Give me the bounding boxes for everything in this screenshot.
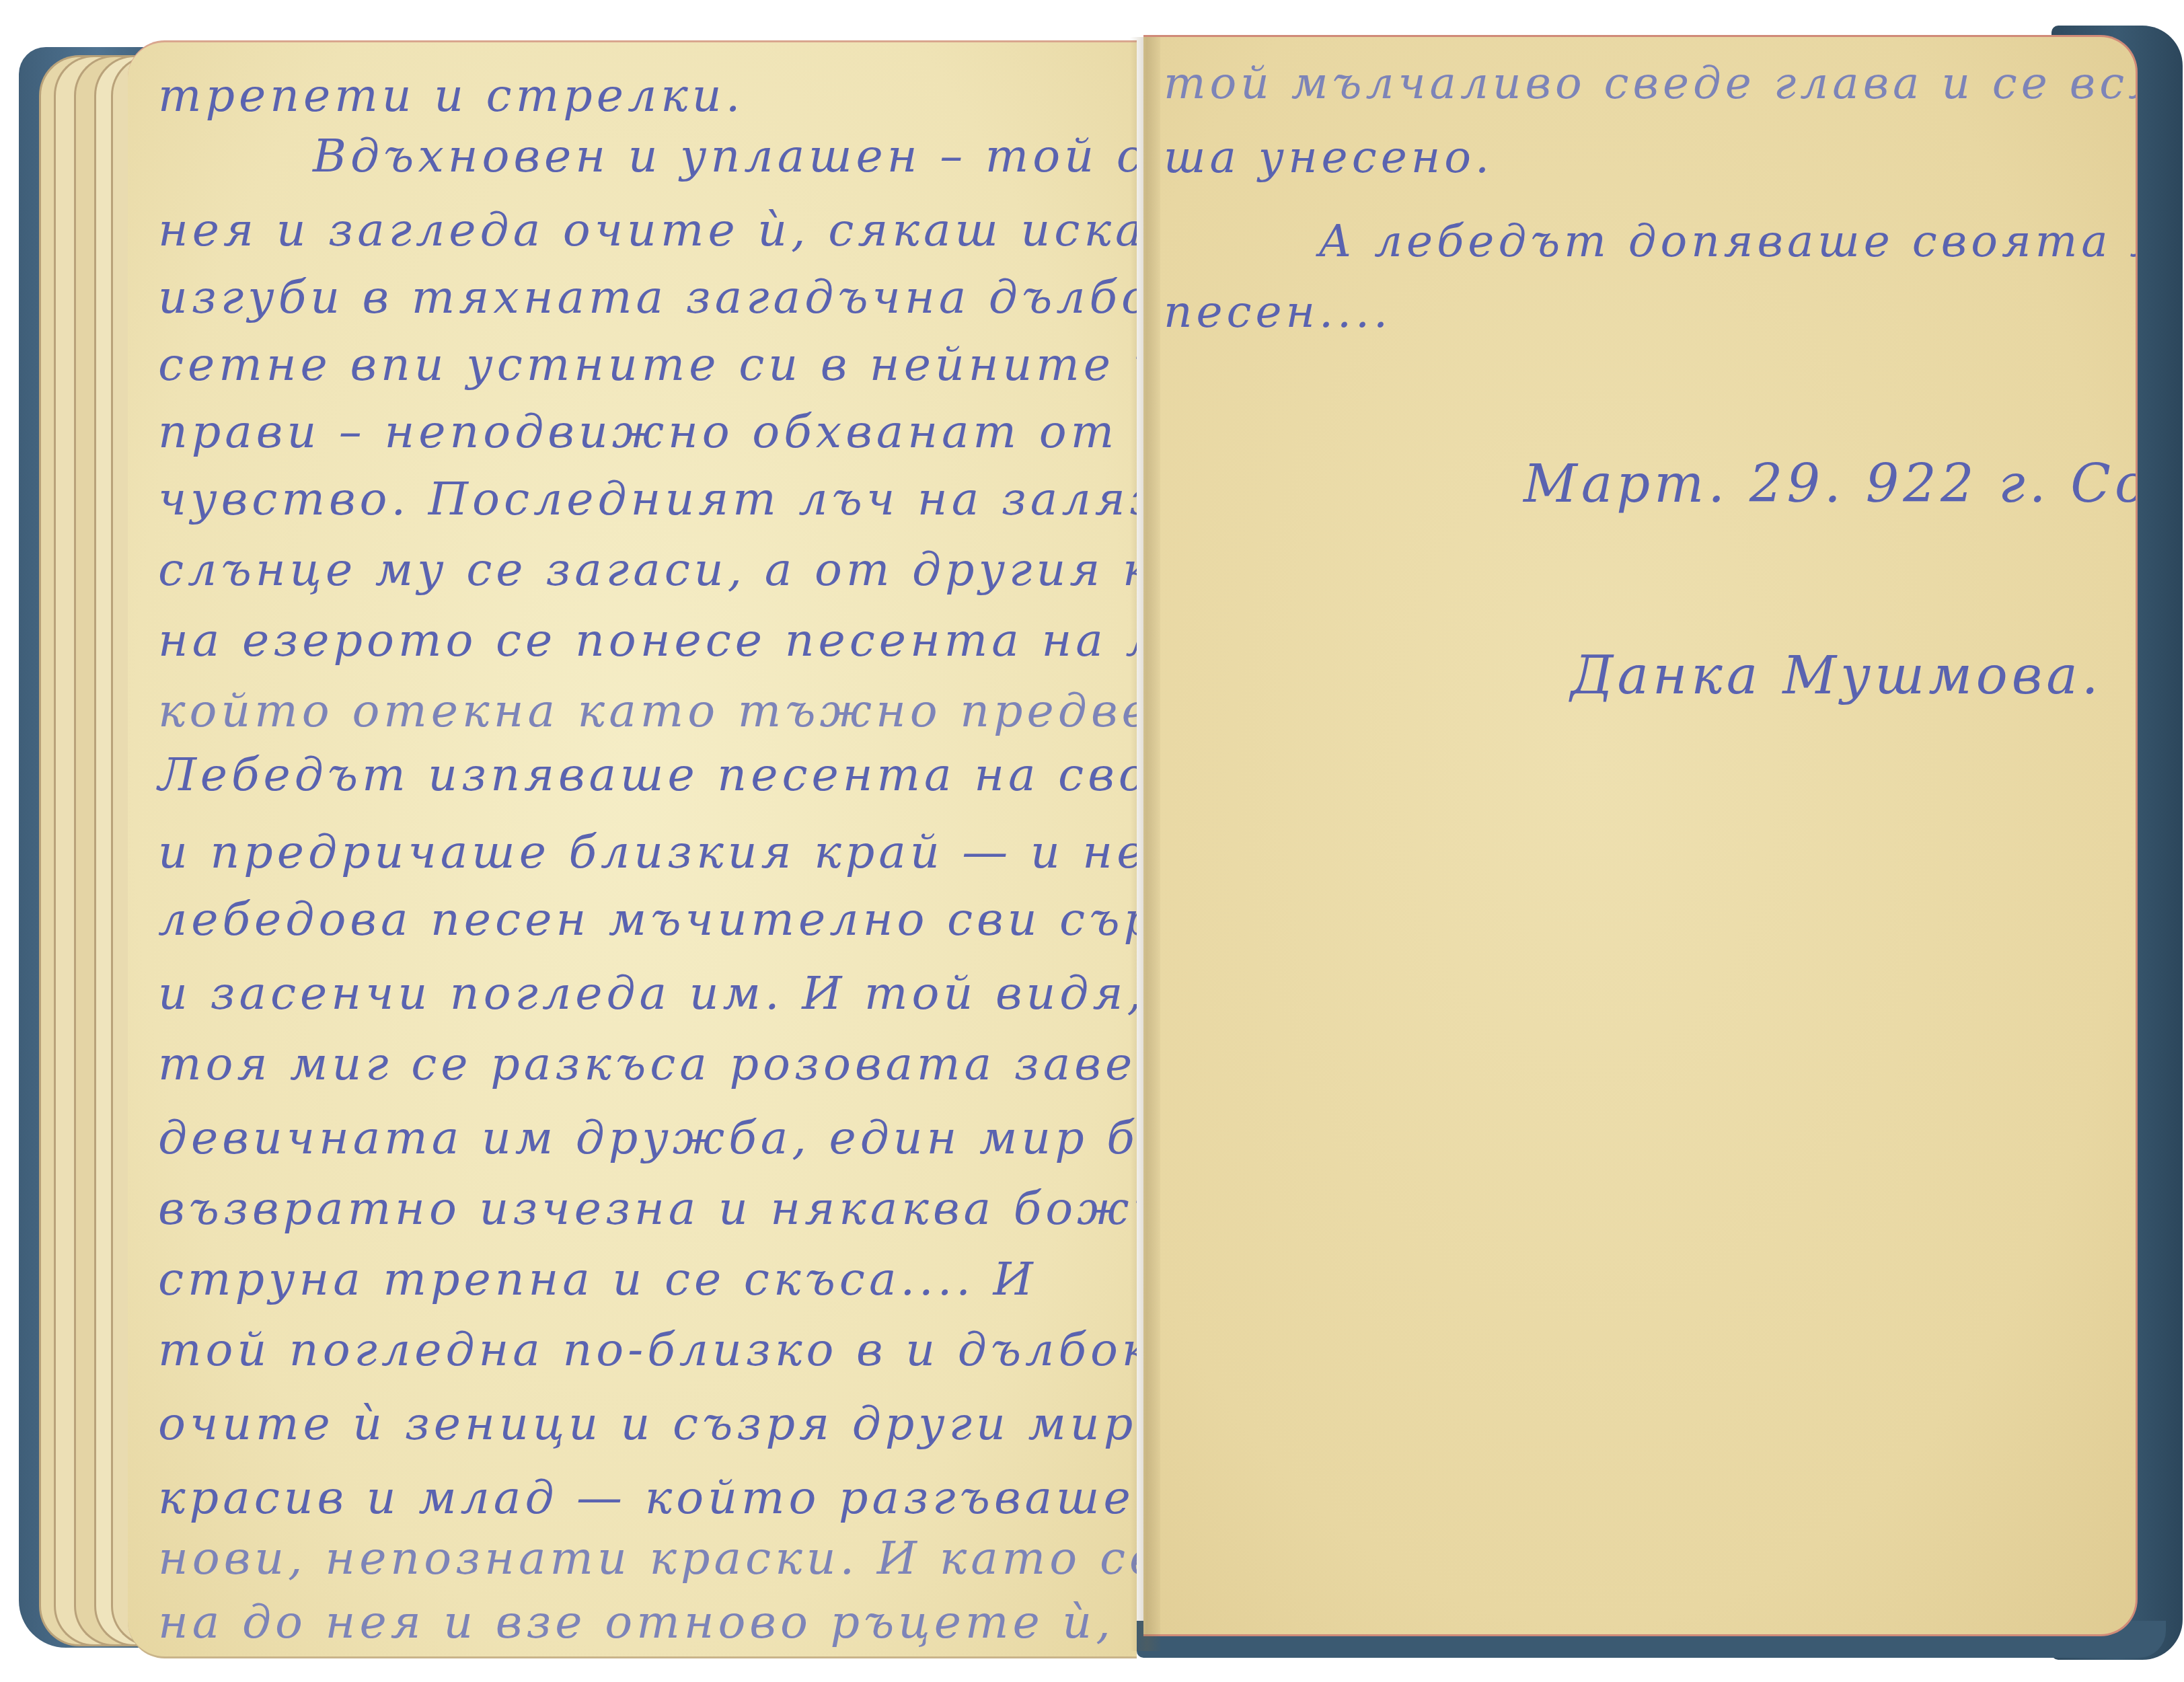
left-page: трепети и стрелки. Вдъхновен и уплашен –… xyxy=(128,40,1137,1658)
handwritten-line: който отекна като тъжно предвестие. xyxy=(158,685,1137,738)
author-signature: Данка Мушмова. xyxy=(1571,646,2103,706)
handwritten-line: ша унесено. xyxy=(1164,131,1493,183)
handwritten-line: Лебедът изпяваше песента на своя живот xyxy=(158,749,1137,802)
handwritten-line: тоя миг се разкъса розовата завеса на xyxy=(158,1038,1137,1091)
handwritten-line: А лебедът допяваше своята лебедова xyxy=(1164,215,2138,267)
handwritten-line: чувство. Последният лъч на залязващото в… xyxy=(158,473,1137,526)
handwritten-line: на езерото се понесе песента на лебеда xyxy=(158,614,1137,667)
handwritten-line: и предричаше близкия край — и неговата xyxy=(158,826,1137,879)
right-page: той мълчаливо сведе глава и се вслу- ша … xyxy=(1143,35,2138,1636)
handwritten-line: песен.... xyxy=(1164,286,1392,338)
handwritten-line: изгуби в тяхната загадъчна дълбочина, а xyxy=(158,271,1137,324)
handwritten-line: и засенчи погледа им. И той видя, че в xyxy=(158,967,1137,1020)
handwritten-line: той мълчаливо сведе глава и се вслу- xyxy=(1164,57,2138,109)
handwritten-line: прави – неподвижно обхванат от мъчително xyxy=(158,406,1137,459)
handwritten-line: лебедова песен мъчително сви сърцата им xyxy=(158,893,1137,946)
handwritten-line: възвратно изчезна и някаква божия xyxy=(158,1182,1137,1235)
handwritten-line: красив и млад — който разгъваше xyxy=(158,1471,1135,1525)
date-place-line: Март. 29. 922 г. София. xyxy=(1523,454,2138,514)
book-gutter-shadow xyxy=(1130,37,1160,1651)
handwritten-line: струна трепна и се скъса.... И xyxy=(158,1253,1037,1306)
handwritten-line: Вдъхновен и уплашен – той се доближи до xyxy=(158,130,1137,183)
handwritten-line: слънце му се загаси, а от другия край xyxy=(158,543,1137,597)
handwritten-line: трепети и стрелки. xyxy=(158,69,744,122)
handwritten-line: девичната им дружба, един мир без- xyxy=(158,1112,1137,1165)
handwritten-line: той погледна по-близко в и дълбоко в xyxy=(158,1324,1137,1377)
handwritten-line: очите ѝ зеници и съзря други мир – xyxy=(158,1398,1137,1451)
handwritten-line: нея и загледа очите ѝ, сякаш искаше да с… xyxy=(158,204,1137,257)
handwritten-line: сетне впи устните си в нейните и се из- xyxy=(158,338,1137,391)
handwritten-line: нови, непознати краски. И като сед- xyxy=(158,1532,1137,1585)
handwritten-line: на до нея и взе отново ръцете ѝ, xyxy=(158,1596,1115,1649)
